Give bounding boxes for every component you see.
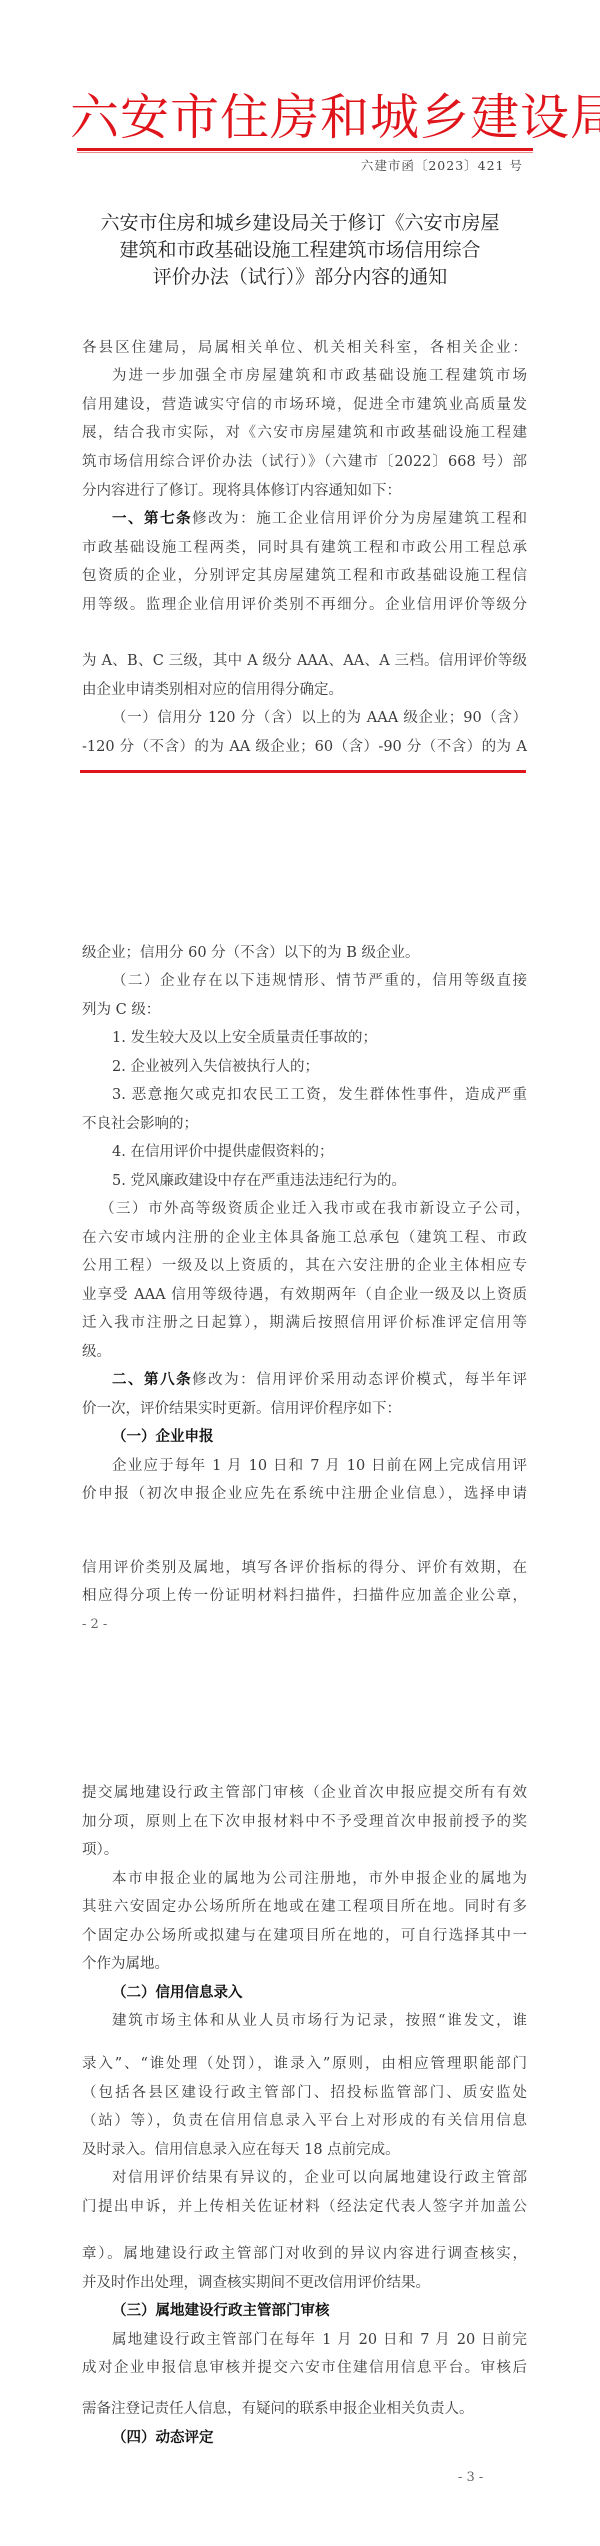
body-line: 个作为属地。 bbox=[82, 1955, 527, 1973]
body-line: 筑市场信用综合评价办法（试行）》（六建市〔2022〕668 号）部 bbox=[82, 453, 527, 471]
body-line: 本市申报企业的属地为公司注册地，市外申报企业的属地为 bbox=[112, 1870, 527, 1888]
article-7-label: 第七条 bbox=[144, 510, 192, 527]
body-line: 章）。属地建设行政主管部门对收到的异议内容进行调查核实， bbox=[82, 2245, 527, 2263]
article-8-number: 二、 bbox=[112, 1371, 144, 1388]
article-7-number: 一、 bbox=[112, 510, 144, 527]
title-line: 评价办法（试行）》部分内容的通知 bbox=[60, 264, 540, 291]
article-8-text: 修改为：信用评价采用动态评价模式，每半年评 bbox=[192, 1372, 527, 1388]
body-line: 公用工程）一级及以上资质的，其在六安注册的企业主体相应专 bbox=[82, 1257, 527, 1275]
document-number: 六建市函〔2023〕421 号 bbox=[361, 156, 523, 174]
body-line: 信用建设，营造诚实守信的市场环境，促进全市建筑业高质量发 bbox=[82, 396, 527, 414]
body-line: 对信用评价结果有异议的，企业可以向属地建设行政主管部 bbox=[112, 2169, 527, 2187]
body-line: （包括各县区建设行政主管部门、招投标监管部门、质安监处 bbox=[82, 2084, 527, 2102]
list-item: 3. 恶意拖欠或克扣农民工工资，发生群体性事件，造成严重 bbox=[112, 1086, 527, 1104]
body-line: 加分项，原则上在下次申报材料中不予受理首次申报前授予的奖 bbox=[82, 1813, 527, 1831]
body-line: 提交属地建设行政主管部门审核（企业首次申报应提交所有有效 bbox=[82, 1784, 527, 1802]
section-heading-credit-entry: （二）信用信息录入 bbox=[112, 1984, 527, 2002]
body-line: -120 分（不含）的为 AA 级企业；60（含）-90 分（不含）的为 A bbox=[82, 738, 527, 756]
body-line: 包资质的企业，分别评定其房屋建筑工程和市政基础设施工程信 bbox=[82, 567, 527, 585]
section-heading-enterprise-report: （一）企业申报 bbox=[112, 1428, 527, 1446]
body-line: 并及时作出处理，调查核实期间不更改信用评价结果。 bbox=[82, 2274, 527, 2292]
body-line: 列为 C 级： bbox=[82, 1001, 527, 1019]
addressee: 各县区住建局，局属相关单位、机关相关科室，各相关企业： bbox=[82, 339, 527, 357]
list-item: 2. 企业被列入失信被执行人的； bbox=[112, 1058, 527, 1076]
list-item: 4. 在信用评价中提供虚假资料的； bbox=[112, 1143, 527, 1161]
body-line: （一）信用分 120 分（含）以上的为 AAA 级企业；90（含） bbox=[112, 709, 527, 727]
body-line: 项）。 bbox=[82, 1841, 527, 1859]
body-line: （三）市外高等级资质企业迁入我市或在我市新设立子公司， bbox=[100, 1200, 530, 1218]
section-heading-local-review: （三）属地建设行政主管部门审核 bbox=[112, 2302, 527, 2320]
masthead-red-rule bbox=[77, 148, 533, 151]
body-line: 成对企业申报信息审核并提交六安市住建信用信息平台。审核后 bbox=[82, 2359, 527, 2377]
title-line: 建筑和市政基础设施工程建筑市场信用综合 bbox=[60, 237, 540, 264]
body-line: 企业应于每年 1 月 10 日和 7 月 10 日前在网上完成信用评 bbox=[112, 1457, 527, 1475]
body-line: 为进一步加强全市房屋建筑和市政基础设施工程建筑市场 bbox=[112, 367, 527, 385]
section-heading-dynamic-rating: （四）动态评定 bbox=[112, 2429, 527, 2447]
body-line: 录入”、“谁处理（处罚），谁录入”原则，由相应管理职能部门 bbox=[82, 2055, 527, 2073]
body-line: 用等级。监理企业信用评价类别不再细分。企业信用评价等级分 bbox=[82, 596, 527, 614]
body-line: 个固定办公场所或拟建与在建项目所在地的，可自行选择其中一 bbox=[82, 1927, 527, 1945]
body-line: 市政基础设施工程两类，同时具有建筑工程和市政公用工程总承 bbox=[82, 539, 527, 557]
body-line: 展，结合我市实际，对《六安市房屋建筑和市政基础设施工程建 bbox=[82, 424, 527, 442]
body-line: 建筑市场主体和从业人员市场行为记录，按照“谁发文，谁 bbox=[112, 2012, 527, 2030]
body-line: 价申报（初次申报企业应先在系统中注册企业信息），选择申请 bbox=[82, 1485, 527, 1503]
body-line: （二）企业存在以下违规情形、情节严重的，信用等级直接 bbox=[112, 972, 527, 990]
body-line: 其驻六安固定办公场所所在地或在建工程项目所在地。同时有多 bbox=[82, 1898, 527, 1916]
body-line: 相应得分项上传一份证明材料扫描件，扫描件应加盖企业公章， bbox=[82, 1587, 527, 1605]
body-line: 级企业；信用分 60 分（不含）以下的为 B 级企业。 bbox=[82, 944, 527, 962]
body-line: 属地建设行政主管部门在每年 1 月 20 日和 7 月 20 日前完 bbox=[112, 2331, 527, 2349]
body-line: （站）等），负责在信用信息录入平台上对形成的有关信用信息 bbox=[82, 2112, 527, 2130]
masthead-org-name: 六安市住房和城乡建设局 bbox=[70, 88, 540, 148]
body-line: 及时录入。信用信息录入应在每天 18 点前完成。 bbox=[82, 2141, 527, 2159]
body-line: 价一次，评价结果实时更新。信用评价程序如下： bbox=[82, 1400, 527, 1418]
article-8-label: 第八条 bbox=[144, 1371, 192, 1388]
list-item: 不良社会影响的； bbox=[82, 1115, 527, 1133]
body-line: 迁入我市注册之日起算），期满后按照信用评价标准评定信用等 bbox=[82, 1314, 527, 1332]
article-8-heading-line: 二、第八条修改为：信用评价采用动态评价模式，每半年评 bbox=[112, 1371, 527, 1389]
body-line: 需备注登记责任人信息，有疑问的联系申报企业相关负责人。 bbox=[82, 2400, 527, 2418]
body-line: 级。 bbox=[82, 1343, 527, 1361]
page-number: - 3 - bbox=[458, 2470, 483, 2485]
body-line: 业享受 AAA 信用等级待遇，有效期两年（自企业一级及以上资质 bbox=[82, 1286, 527, 1304]
article-7-text: 修改为：施工企业信用评价分为房屋建筑工程和 bbox=[192, 511, 527, 527]
document-title: 六安市住房和城乡建设局关于修订《六安市房屋 建筑和市政基础设施工程建筑市场信用综… bbox=[60, 210, 540, 291]
body-line: 分内容进行了修订。现将具体修订内容通知如下： bbox=[82, 482, 527, 500]
list-item: 1. 发生较大及以上安全质量责任事故的； bbox=[112, 1029, 527, 1047]
page-separator-rule bbox=[80, 770, 526, 773]
body-line: 由企业申请类别相对应的信用得分确定。 bbox=[82, 681, 527, 699]
body-line: 为 A、B、C 三级，其中 A 级分 AAA、AA、A 三档。信用评价等级 bbox=[82, 652, 527, 670]
body-line: 信用评价类别及属地，填写各评价指标的得分、评价有效期，在 bbox=[82, 1559, 527, 1577]
article-7-heading-line: 一、第七条修改为：施工企业信用评价分为房屋建筑工程和 bbox=[112, 510, 527, 528]
body-line: 门提出申诉，并上传相关佐证材料（经法定代表人签字并加盖公 bbox=[82, 2198, 527, 2216]
page-number: - 2 - bbox=[82, 1617, 107, 1632]
masthead-red-rule-thin bbox=[77, 152, 533, 153]
title-line: 六安市住房和城乡建设局关于修订《六安市房屋 bbox=[60, 210, 540, 237]
list-item: 5. 党风廉政建设中存在严重违法违纪行为的。 bbox=[112, 1172, 527, 1190]
body-line: 在六安市域内注册的企业主体具备施工总承包（建筑工程、市政 bbox=[82, 1229, 527, 1247]
